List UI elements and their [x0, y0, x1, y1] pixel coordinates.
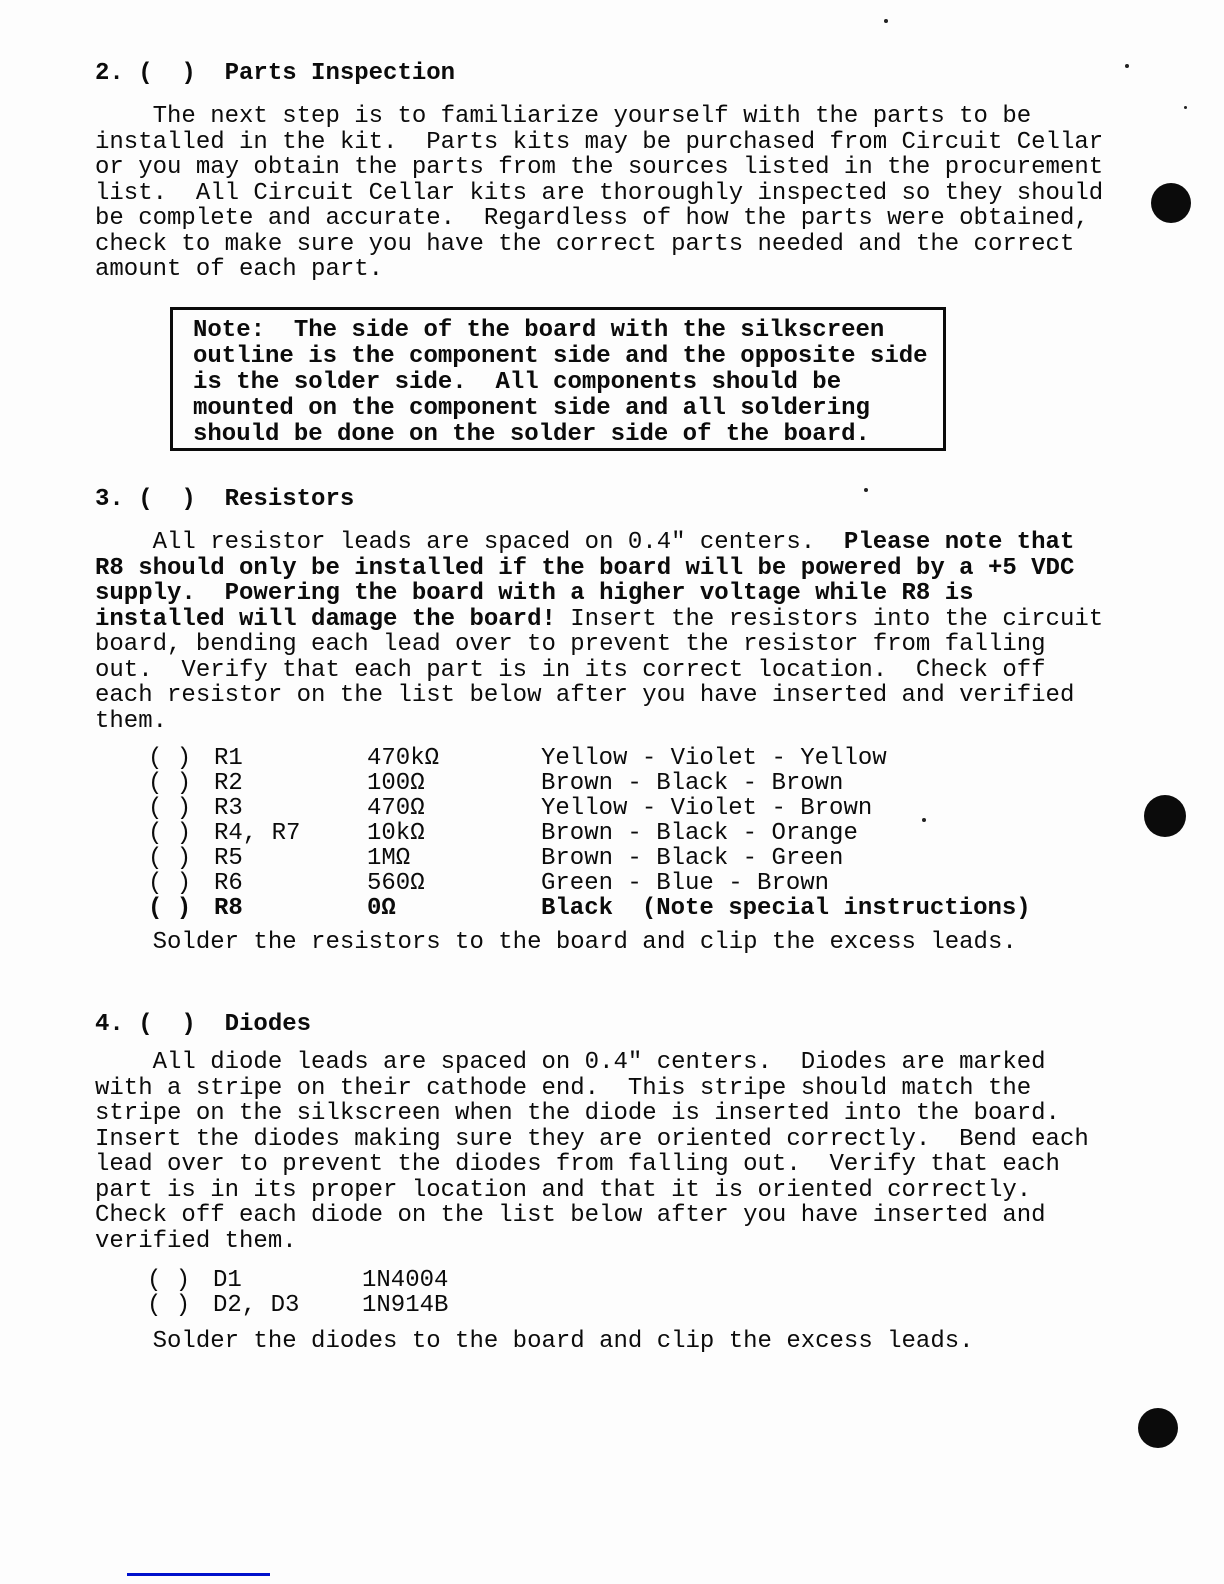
checklist-value: 1N914B: [362, 1293, 448, 1319]
text-span: All diode leads are spaced on 0.4" cente…: [95, 1049, 1046, 1076]
text-span: The next step is to familiarize yourself…: [95, 103, 1031, 130]
emphasis-text: Please note that: [844, 529, 1074, 556]
checklist-value: 10kΩ: [367, 821, 425, 846]
text-span: each resistor on the list below after yo…: [95, 682, 1074, 709]
section-heading-parts-inspection: 2. ( ) Parts Inspection: [95, 60, 455, 87]
checklist-value: 0Ω: [367, 896, 396, 921]
checklist-ref: R2: [214, 771, 243, 796]
emphasis-text: R8 should only be installed if the board…: [95, 555, 1074, 582]
text-span: Note: The side of the board with the sil…: [193, 317, 884, 344]
ink-speckle: [1125, 64, 1129, 68]
checkbox-mark: ( ): [148, 746, 191, 771]
text-line: installed will damage the board! Insert …: [95, 607, 1103, 633]
checkbox-mark: ( ): [148, 871, 191, 896]
text-span: is the solder side. All components shoul…: [193, 369, 841, 396]
checklist-colors: Black (Note special instructions): [541, 896, 1031, 921]
text-span: with a stripe on their cathode end. This…: [95, 1075, 1031, 1102]
text-line: each resistor on the list below after yo…: [95, 683, 1103, 709]
text-span: outline is the component side and the op…: [193, 343, 928, 370]
text-line: Note: The side of the board with the sil…: [193, 318, 939, 344]
text-span: out. Verify that each part is in its cor…: [95, 657, 1046, 684]
checkbox-mark: ( ): [148, 896, 191, 921]
text-span: installed in the kit. Parts kits may be …: [95, 129, 1103, 156]
text-line: check to make sure you have the correct …: [95, 232, 1103, 258]
note-box-text: Note: The side of the board with the sil…: [193, 318, 939, 448]
text-span: part is in its proper location and that …: [95, 1177, 1031, 1204]
text-span: Check off each diode on the list below a…: [95, 1202, 1046, 1229]
checklist-value: 470kΩ: [367, 746, 439, 771]
checklist-ref: R8: [214, 896, 243, 921]
text-line: list. All Circuit Cellar kits are thorou…: [95, 181, 1103, 207]
diodes-paragraph: All diode leads are spaced on 0.4" cente…: [95, 1050, 1089, 1254]
text-span: or you may obtain the parts from the sou…: [95, 154, 1103, 181]
text-span: stripe on the silkscreen when the diode …: [95, 1100, 1060, 1127]
emphasis-text: installed will damage the board!: [95, 606, 556, 633]
text-line: or you may obtain the parts from the sou…: [95, 155, 1103, 181]
text-span: them.: [95, 708, 167, 735]
text-line: outline is the component side and the op…: [193, 344, 939, 370]
checklist-value: 470Ω: [367, 796, 425, 821]
blue-pen-underline: [127, 1573, 270, 1576]
parts-inspection-paragraph: The next step is to familiarize yourself…: [95, 104, 1103, 283]
checklist-value: 1MΩ: [367, 846, 410, 871]
section-heading-resistors: 3. ( ) Resistors: [95, 486, 354, 513]
solder-diodes-line: Solder the diodes to the board and clip …: [95, 1329, 974, 1355]
text-line: mounted on the component side and all so…: [193, 396, 939, 422]
text-line: should be done on the solder side of the…: [193, 422, 939, 448]
checklist-colors: Yellow - Violet - Yellow: [541, 746, 887, 771]
text-span: Insert the diodes making sure they are o…: [95, 1126, 1089, 1153]
checkbox-mark: ( ): [148, 771, 191, 796]
ink-speckle: [884, 19, 888, 23]
text-line: R8 should only be installed if the board…: [95, 556, 1103, 582]
text-line: them.: [95, 709, 1103, 735]
checklist-ref: R5: [214, 846, 243, 871]
text-line: All diode leads are spaced on 0.4" cente…: [95, 1050, 1089, 1076]
note-box: Note: The side of the board with the sil…: [170, 307, 946, 451]
text-span: Insert the resistors into the circuit: [556, 606, 1103, 633]
text-span: be complete and accurate. Regardless of …: [95, 205, 1089, 232]
hole-punch-dot: [1144, 795, 1186, 837]
checklist-ref: R6: [214, 871, 243, 896]
text-line: verified them.: [95, 1229, 1089, 1255]
checkbox-mark: ( ): [147, 1293, 190, 1319]
text-line: amount of each part.: [95, 257, 1103, 283]
text-line: stripe on the silkscreen when the diode …: [95, 1101, 1089, 1127]
checklist-value: 100Ω: [367, 771, 425, 796]
text-line: installed in the kit. Parts kits may be …: [95, 130, 1103, 156]
hole-punch-dot: [1151, 183, 1191, 223]
checklist-colors: Brown - Black - Green: [541, 846, 843, 871]
hole-punch-dot: [1138, 1408, 1178, 1448]
text-line: part is in its proper location and that …: [95, 1178, 1089, 1204]
ink-speckle: [1184, 106, 1187, 109]
text-span: board, bending each lead over to prevent…: [95, 631, 1046, 658]
checklist-colors: Yellow - Violet - Brown: [541, 796, 872, 821]
checkbox-mark: ( ): [148, 821, 191, 846]
text-line: with a stripe on their cathode end. This…: [95, 1076, 1089, 1102]
checkbox-mark: ( ): [148, 796, 191, 821]
text-line: supply. Powering the board with a higher…: [95, 581, 1103, 607]
solder-resistors-line: Solder the resistors to the board and cl…: [95, 930, 1017, 956]
text-line: Check off each diode on the list below a…: [95, 1203, 1089, 1229]
text-line: The next step is to familiarize yourself…: [95, 104, 1103, 130]
text-line: Insert the diodes making sure they are o…: [95, 1127, 1089, 1153]
emphasis-text: supply. Powering the board with a higher…: [95, 580, 974, 607]
text-line: is the solder side. All components shoul…: [193, 370, 939, 396]
checklist-value: 1N4004: [362, 1268, 448, 1294]
text-span: check to make sure you have the correct …: [95, 231, 1074, 258]
text-span: list. All Circuit Cellar kits are thorou…: [95, 180, 1103, 207]
checklist-ref: R3: [214, 796, 243, 821]
text-line: All resistor leads are spaced on 0.4" ce…: [95, 530, 1103, 556]
ink-speckle: [864, 488, 868, 492]
checkbox-mark: ( ): [147, 1268, 190, 1294]
checklist-colors: Green - Blue - Brown: [541, 871, 829, 896]
text-span: lead over to prevent the diodes from fal…: [95, 1151, 1060, 1178]
text-line: be complete and accurate. Regardless of …: [95, 206, 1103, 232]
text-span: All resistor leads are spaced on 0.4" ce…: [95, 529, 844, 556]
scanned-document-page: 2. ( ) Parts Inspection The next step is…: [0, 0, 1224, 1584]
checklist-ref: R4, R7: [214, 821, 300, 846]
text-line: board, bending each lead over to prevent…: [95, 632, 1103, 658]
checklist-ref: R1: [214, 746, 243, 771]
checklist-colors: Brown - Black - Brown: [541, 771, 843, 796]
text-span: amount of each part.: [95, 256, 383, 283]
checklist-value: 560Ω: [367, 871, 425, 896]
ink-speckle: [922, 818, 926, 822]
resistors-paragraph: All resistor leads are spaced on 0.4" ce…: [95, 530, 1103, 734]
checklist-ref: D1: [213, 1268, 242, 1294]
checklist-colors: Brown - Black - Orange: [541, 821, 858, 846]
text-line: lead over to prevent the diodes from fal…: [95, 1152, 1089, 1178]
text-span: verified them.: [95, 1228, 297, 1255]
text-line: out. Verify that each part is in its cor…: [95, 658, 1103, 684]
section-heading-diodes: 4. ( ) Diodes: [95, 1011, 311, 1038]
checklist-ref: D2, D3: [213, 1293, 299, 1319]
checkbox-mark: ( ): [148, 846, 191, 871]
text-span: should be done on the solder side of the…: [193, 421, 870, 448]
text-span: mounted on the component side and all so…: [193, 395, 870, 422]
